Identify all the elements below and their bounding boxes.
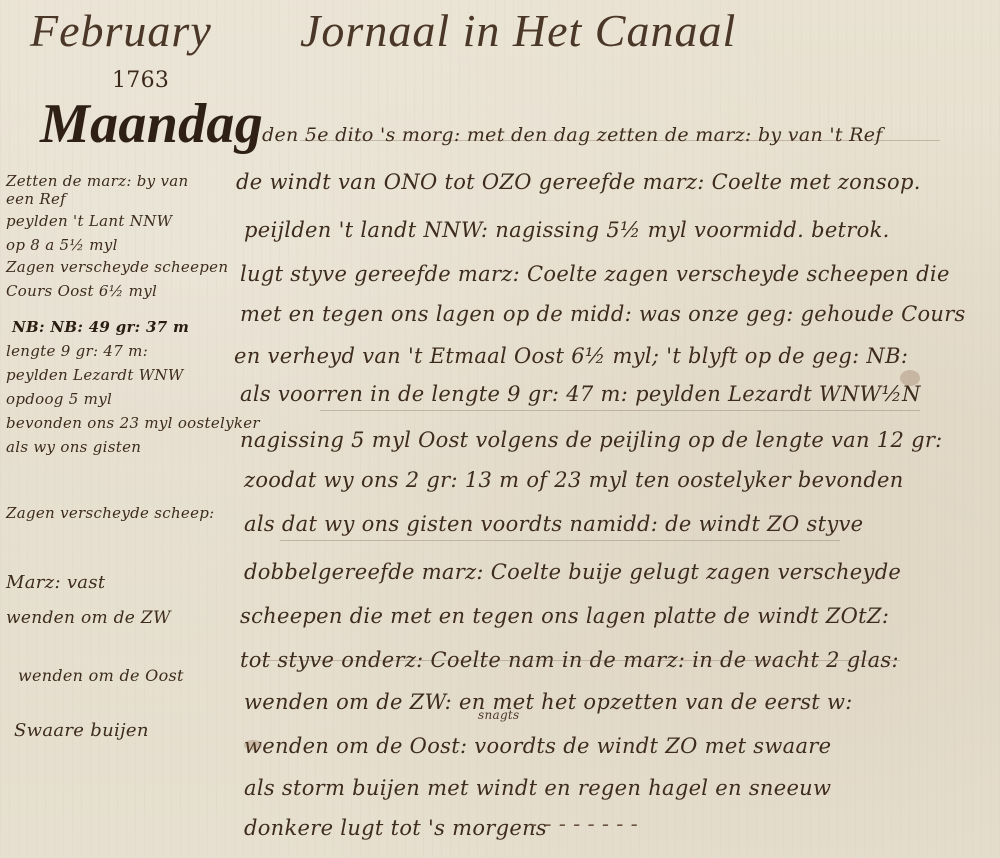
- margin-note: lengte 9 gr: 47 m:: [6, 342, 148, 360]
- entry-line: als voorren in de lengte 9 gr: 47 m: pey…: [240, 382, 921, 406]
- entry-line: wenden om de ZW: en met het opzetten van…: [244, 690, 853, 714]
- margin-note: Zagen verscheyde scheep:: [6, 504, 215, 522]
- entry-line: de windt van ONO tot OZO gereefde marz: …: [236, 170, 921, 194]
- margin-note: peylden Lezardt WNW: [6, 366, 184, 384]
- ink-stain: [900, 370, 920, 386]
- entry-line: zoodat wy ons 2 gr: 13 m of 23 myl ten o…: [244, 468, 904, 492]
- ink-rule: [320, 410, 920, 411]
- margin-note: Cours Oost 6½ myl: [6, 282, 157, 300]
- interlinear-insert: snagts: [478, 708, 520, 722]
- margin-note: Zetten de marz: by van: [6, 172, 189, 190]
- day-heading: Maandag: [40, 92, 263, 156]
- journal-title: Jornaal in Het Canaal: [300, 4, 736, 57]
- margin-note: een Ref: [6, 190, 66, 208]
- entry-line: en verheyd van 't Etmaal Oost 6½ myl; 't…: [234, 344, 908, 368]
- entry-line: donkere lugt tot 's morgens: [244, 816, 547, 840]
- entry-line: dobbelgereefde marz: Coelte buije gelugt…: [244, 560, 901, 584]
- manuscript-page: February Jornaal in Het Canaal 1763 Maan…: [0, 0, 1000, 858]
- margin-note: op 8 a 5½ myl: [6, 236, 118, 254]
- entry-line: als dat wy ons gisten voordts namidd: de…: [244, 512, 863, 536]
- month-heading: February: [30, 4, 212, 57]
- margin-note: Swaare buijen: [14, 720, 149, 741]
- margin-note: NB: NB: 49 gr: 37 m: [12, 318, 189, 336]
- margin-note: wenden om de Oost: [18, 666, 184, 685]
- margin-note: als wy ons gisten: [6, 438, 141, 456]
- entry-line: nagissing 5 myl Oost volgens de peijling…: [240, 428, 943, 452]
- entry-line: met en tegen ons lagen op de midd: was o…: [240, 302, 966, 326]
- margin-note: bevonden ons 23 myl oostelyker: [6, 414, 260, 432]
- ink-rule: [260, 660, 900, 661]
- ink-rule: [280, 540, 840, 541]
- year-label: 1763: [112, 68, 169, 93]
- entry-line: als storm buijen met windt en regen hage…: [244, 776, 831, 800]
- ink-stain: [244, 740, 262, 750]
- margin-note: Marz: vast: [6, 572, 105, 593]
- margin-note: opdoog 5 myl: [6, 390, 112, 408]
- entry-line: den 5e dito 's morg: met den dag zetten …: [262, 124, 883, 146]
- margin-note: Zagen verscheyde scheepen: [6, 258, 228, 276]
- entry-line: wenden om de Oost: voordts de windt ZO m…: [244, 734, 831, 758]
- entry-line: lugt styve gereefde marz: Coelte zagen v…: [240, 262, 950, 286]
- closing-dashes: - - - - - - - -: [530, 812, 638, 836]
- entry-line: scheepen die met en tegen ons lagen plat…: [240, 604, 889, 628]
- entry-line: peijlden 't landt NNW: nagissing 5½ myl …: [244, 218, 890, 242]
- ink-rule: [300, 140, 940, 141]
- margin-note: peylden 't Lant NNW: [6, 212, 172, 230]
- margin-note: wenden om de ZW: [6, 608, 171, 628]
